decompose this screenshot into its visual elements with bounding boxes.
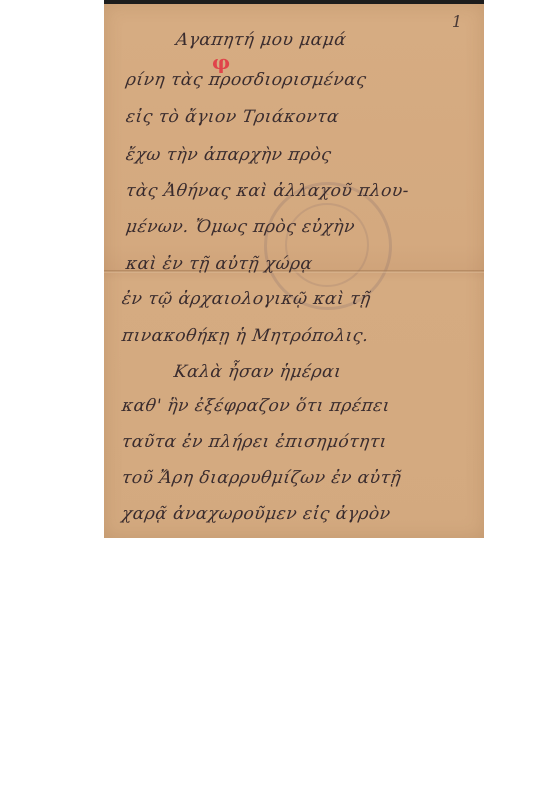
handwritten-line: μένων. Ὄμως πρὸς εὐχὴν xyxy=(125,217,357,237)
handwritten-line: ἔχω τὴν ἀπαρχὴν πρὸς xyxy=(125,145,333,165)
handwritten-line: εἰς τὸ ἄγιον Τριάκοντα xyxy=(125,107,341,127)
handwritten-line: ταῦτα ἐν πλήρει ἐπισημότητι xyxy=(121,432,389,452)
stamp-inner-ring xyxy=(285,203,369,287)
handwritten-line: καθ' ἣν ἐξέφραζον ὅτι πρέπει xyxy=(121,396,392,416)
handwritten-line: τὰς Ἀθήνας καὶ ἀλλαχοῦ πλου- xyxy=(125,181,411,201)
page-number: 1 xyxy=(452,12,462,31)
handwritten-line: ρίνη τὰς προσδιορισμένας xyxy=(125,70,368,90)
handwritten-line: ἐν τῷ ἀρχαιολογικῷ καὶ τῇ xyxy=(121,289,373,309)
handwritten-line: Καλὰ ἦσαν ἡμέραι xyxy=(173,362,343,382)
handwritten-line: Αγαπητή μου μαμά xyxy=(175,30,348,50)
handwritten-line: χαρᾷ ἀναχωροῦμεν εἰς ἀγρὸν xyxy=(121,504,392,524)
handwritten-line: τοῦ Ἄρη διαρρυθμίζων ἐν αὐτῇ xyxy=(121,468,403,488)
handwritten-line: πινακοθήκῃ ἡ Μητρόπολις. xyxy=(121,326,371,346)
handwritten-line: καὶ ἐν τῇ αὐτῇ χώρᾳ xyxy=(125,254,314,274)
letter-page: ΟΙΚΟΣ 1 φ Αγαπητή μου μαμά ρίνη τὰς προσ… xyxy=(104,4,484,538)
